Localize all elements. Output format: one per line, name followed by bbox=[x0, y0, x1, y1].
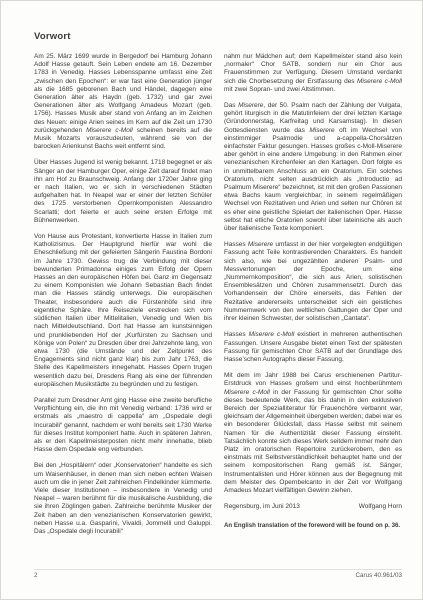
page-content: Vorwort Am 25. März 1699 wurde in Berged… bbox=[34, 31, 402, 544]
left-column: Am 25. März 1699 wurde in Bergedorf bei … bbox=[34, 53, 212, 544]
foreword-page: Vorwort Am 25. März 1699 wurde in Berged… bbox=[0, 0, 423, 600]
signature-line: Regensburg, im Juni 2013Wolfgang Horn bbox=[224, 503, 402, 511]
paragraph: Parallel zum Dresdner Amt ging Hasse ein… bbox=[34, 397, 212, 454]
page-footer: 2 Carus 40.961/03 bbox=[34, 569, 402, 579]
paragraph: nahm nur Mädchen auf; dem Kapellmeister … bbox=[224, 53, 402, 94]
signature-place-date: Regensburg, im Juni 2013 bbox=[224, 503, 300, 511]
paragraph: Bei den „Hospitälern“ oder „Konservatori… bbox=[34, 462, 212, 536]
right-column: nahm nur Mädchen auf; dem Kapellmeister … bbox=[224, 53, 402, 544]
page-number: 2 bbox=[34, 572, 38, 579]
paragraph: Hasses Miserere c-Moll existiert in mehr… bbox=[224, 331, 402, 364]
paragraph: Am 25. März 1699 wurde in Bergedorf bei … bbox=[34, 53, 212, 151]
paragraph: Das Miserere, der 50. Psalm nach der Zäh… bbox=[224, 102, 402, 233]
paragraph: Über Hasses Jugend ist wenig bekannt. 17… bbox=[34, 159, 212, 225]
paragraph: Mit dem im Jahr 1988 bei Carus erschiene… bbox=[224, 372, 402, 495]
signature-author: Wolfgang Horn bbox=[359, 503, 402, 511]
english-translation-note: An English translation of the foreword w… bbox=[224, 522, 402, 530]
edition-number: Carus 40.961/03 bbox=[355, 572, 402, 579]
paragraph: Hasses Miserere umfasst in der hier vorg… bbox=[224, 241, 402, 323]
page-title: Vorwort bbox=[34, 31, 402, 42]
paragraph: Von Hause aus Protestant, konvertierte H… bbox=[34, 233, 212, 389]
two-column-text: Am 25. März 1699 wurde in Bergedorf bei … bbox=[34, 53, 402, 544]
